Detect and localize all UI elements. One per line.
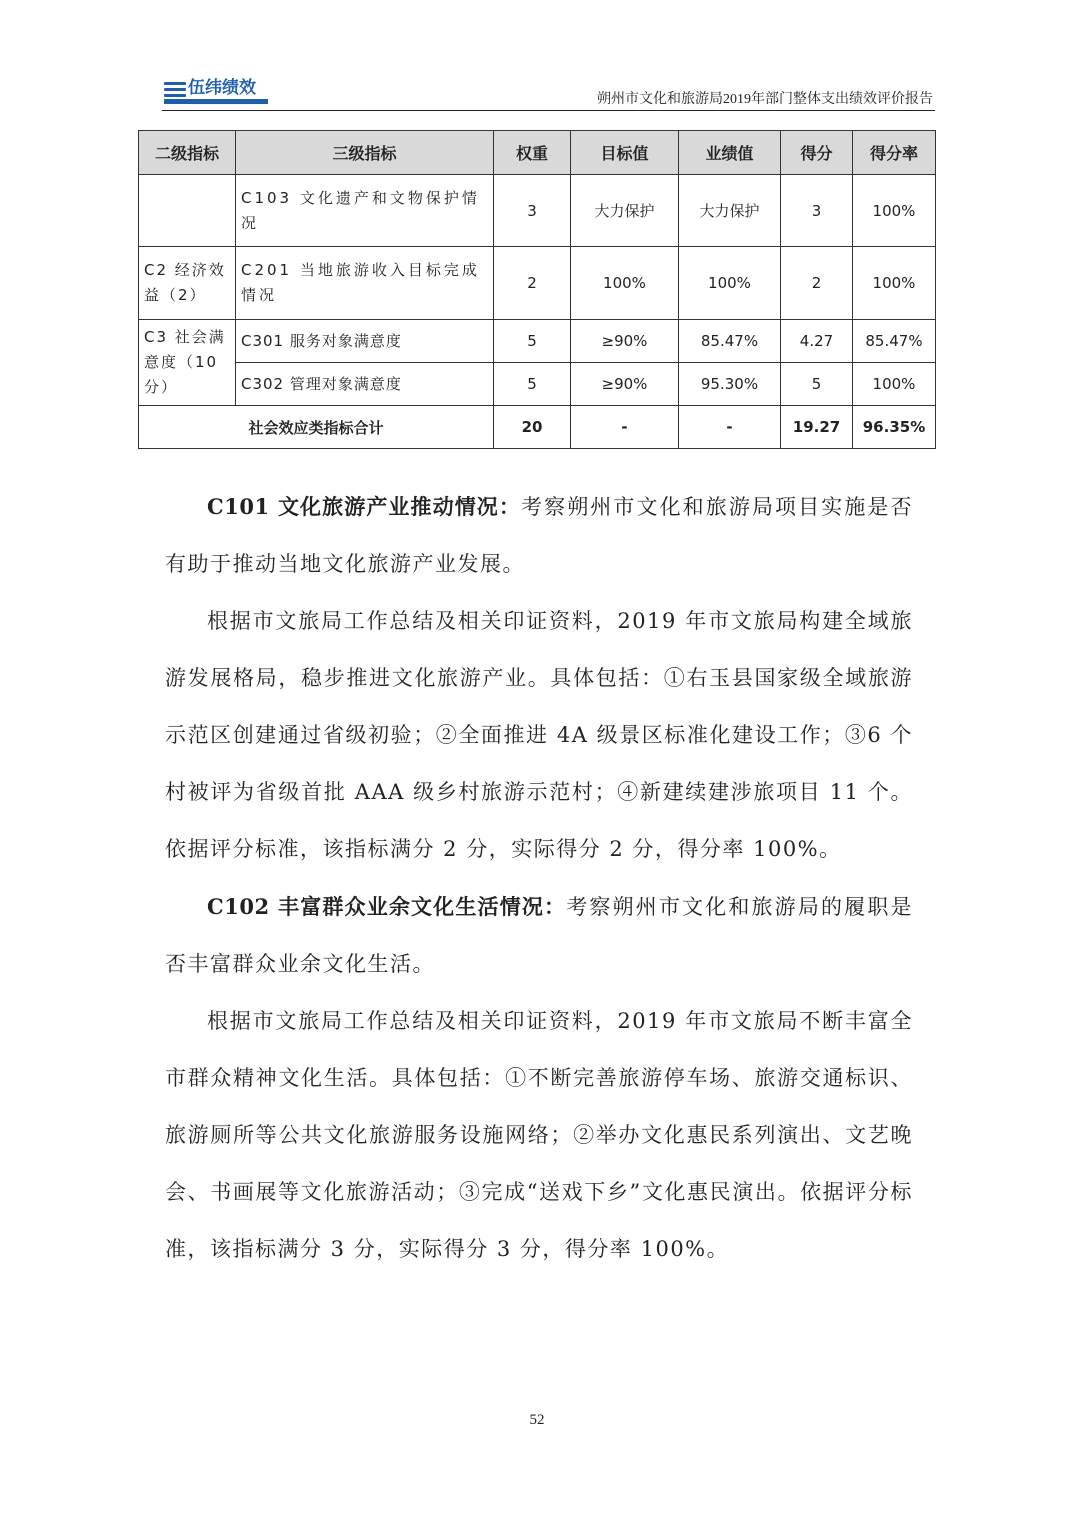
table-row: C2 经济效益（2） C201 当地旅游收入目标完成情况 2 100% 100%… xyxy=(139,247,936,320)
cell-actual: 85.47% xyxy=(679,320,781,363)
total-target: - xyxy=(571,406,679,449)
cell-score: 3 xyxy=(781,175,853,247)
page-header: 伍纬绩效 朔州市文化和旅游局2019年部门整体支出绩效评价报告 xyxy=(162,76,935,111)
indicator-heading: C101 文化旅游产业推动情况： xyxy=(207,494,521,519)
cell-score: 2 xyxy=(781,247,853,320)
column-header: 三级指标 xyxy=(236,131,494,175)
column-header: 目标值 xyxy=(571,131,679,175)
cell-target: ≥90% xyxy=(571,363,679,406)
total-rate: 96.35% xyxy=(853,406,936,449)
cell-actual: 100% xyxy=(679,247,781,320)
column-header: 权重 xyxy=(494,131,571,175)
cell-level3: C301 服务对象满意度 xyxy=(236,320,494,363)
report-title: 朔州市文化和旅游局2019年部门整体支出绩效评价报告 xyxy=(597,88,933,108)
page-number: 52 xyxy=(0,1412,1074,1429)
metrics-table: 二级指标 三级指标 权重 目标值 业绩值 得分 得分率 C103 文化遗产和文物… xyxy=(138,130,936,449)
cell-rate: 100% xyxy=(853,175,936,247)
cell-target: ≥90% xyxy=(571,320,679,363)
company-logo: 伍纬绩效 xyxy=(164,78,268,106)
logo-text: 伍纬绩效 xyxy=(188,78,256,98)
cell-level3: C302 管理对象满意度 xyxy=(236,363,494,406)
cell-rate: 100% xyxy=(853,247,936,320)
cell-score: 4.27 xyxy=(781,320,853,363)
table-row: C302 管理对象满意度 5 ≥90% 95.30% 5 100% xyxy=(139,363,936,406)
cell-rate: 85.47% xyxy=(853,320,936,363)
paragraph-c101-definition: C101 文化旅游产业推动情况：考察朔州市文化和旅游局项目实施是否有助于推动当地… xyxy=(165,478,913,593)
paragraph-c102-definition: C102 丰富群众业余文化生活情况：考察朔州市文化和旅游局的履职是否丰富群众业余… xyxy=(165,878,913,993)
column-header: 二级指标 xyxy=(139,131,236,175)
total-label: 社会效应类指标合计 xyxy=(139,406,494,449)
cell-weight: 5 xyxy=(494,320,571,363)
table-total-row: 社会效应类指标合计 20 - - 19.27 96.35% xyxy=(139,406,936,449)
logo-underline xyxy=(164,99,268,104)
table-row: C3 社会满意度（10分） C301 服务对象满意度 5 ≥90% 85.47%… xyxy=(139,320,936,363)
cell-actual: 大力保护 xyxy=(679,175,781,247)
cell-weight: 5 xyxy=(494,363,571,406)
cell-weight: 3 xyxy=(494,175,571,247)
table-header-row: 二级指标 三级指标 权重 目标值 业绩值 得分 得分率 xyxy=(139,131,936,175)
cell-actual: 95.30% xyxy=(679,363,781,406)
cell-score: 5 xyxy=(781,363,853,406)
indicator-heading: C102 丰富群众业余文化生活情况： xyxy=(207,894,566,919)
cell-target: 大力保护 xyxy=(571,175,679,247)
column-header: 得分率 xyxy=(853,131,936,175)
cell-level2 xyxy=(139,175,236,247)
total-weight: 20 xyxy=(494,406,571,449)
cell-target: 100% xyxy=(571,247,679,320)
paragraph-c101-evidence: 根据市文旅局工作总结及相关印证资料，2019 年市文旅局构建全域旅游发展格局，稳… xyxy=(165,593,913,878)
cell-level2: C3 社会满意度（10分） xyxy=(139,320,236,406)
body-text: C101 文化旅游产业推动情况：考察朔州市文化和旅游局项目实施是否有助于推动当地… xyxy=(165,478,913,1278)
total-actual: - xyxy=(679,406,781,449)
table-row: C103 文化遗产和文物保护情况 3 大力保护 大力保护 3 100% xyxy=(139,175,936,247)
column-header: 得分 xyxy=(781,131,853,175)
logo-icon xyxy=(164,82,186,98)
cell-level3: C201 当地旅游收入目标完成情况 xyxy=(236,247,494,320)
cell-rate: 100% xyxy=(853,363,936,406)
column-header: 业绩值 xyxy=(679,131,781,175)
cell-level2: C2 经济效益（2） xyxy=(139,247,236,320)
cell-level3: C103 文化遗产和文物保护情况 xyxy=(236,175,494,247)
cell-weight: 2 xyxy=(494,247,571,320)
total-score: 19.27 xyxy=(781,406,853,449)
paragraph-c102-evidence: 根据市文旅局工作总结及相关印证资料，2019 年市文旅局不断丰富全市群众精神文化… xyxy=(165,993,913,1278)
